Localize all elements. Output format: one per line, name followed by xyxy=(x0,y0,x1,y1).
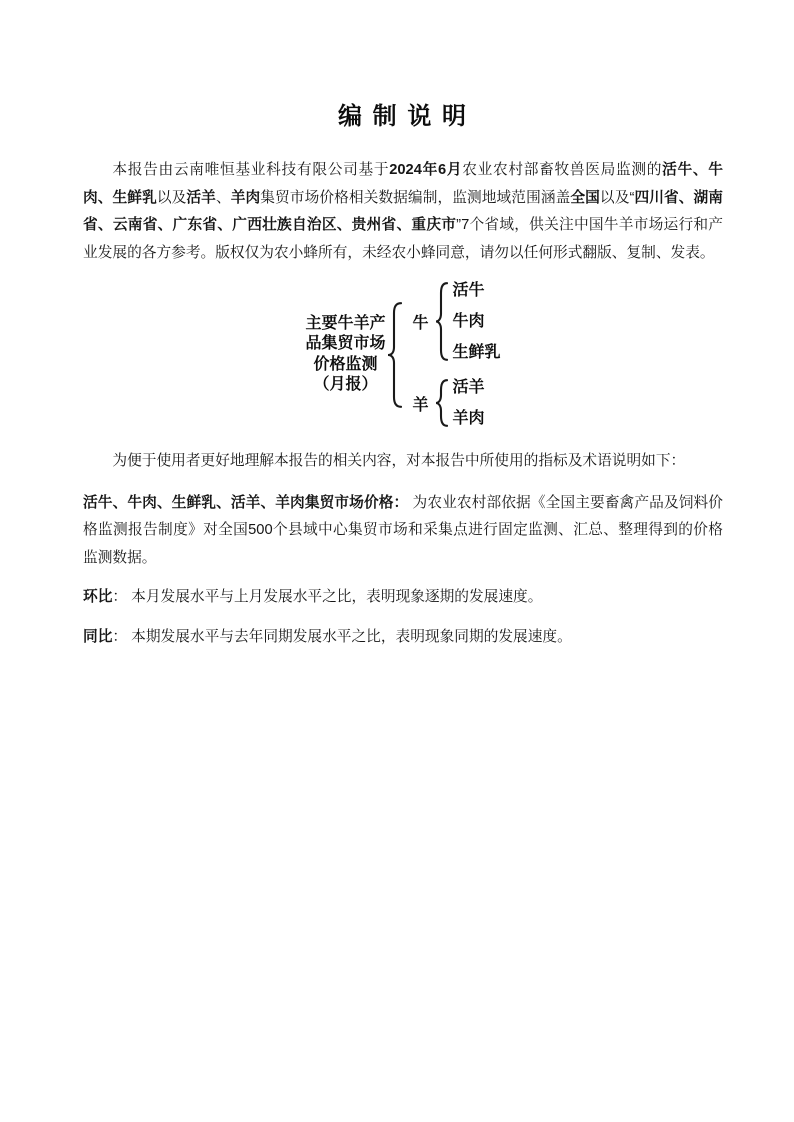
text-segment: 以及 xyxy=(157,190,187,206)
intro-paragraph: 本报告由云南唯恒基业科技有限公司基于2024年6月农业农村部畜牧兽医局监测的活牛… xyxy=(83,157,723,267)
diagram-root-label: 主要牛羊产品集贸市场价格监测（月报） xyxy=(305,314,385,396)
paragraph: 环比： 本月发展水平与上月发展水平之比，表明现象逐期的发展速度。 xyxy=(83,584,723,612)
diagram-root-line: （月报） xyxy=(305,375,385,396)
paragraph: 活牛、牛肉、生鲜乳、活羊、羊肉集贸市场价格： 为农业农村部依据《全国主要畜禽产品… xyxy=(83,490,723,573)
page-title: 编 制 说 明 xyxy=(83,101,723,133)
bold-text-segment: 环比 xyxy=(83,589,112,605)
diagram-groups: 牛活牛牛肉生鲜乳羊活羊羊肉 xyxy=(406,275,500,434)
bold-text-segment: 全国 xyxy=(570,190,600,206)
text-segment: 以及“ xyxy=(600,190,634,206)
leaf-label: 活羊 xyxy=(453,372,485,403)
bold-text-segment: 2024年6月 xyxy=(389,162,462,178)
leaf-label: 生鲜乳 xyxy=(453,337,501,368)
leaf-label: 活牛 xyxy=(453,275,501,306)
text-segment: ： 本月发展水平与上月发展水平之比，表明现象逐期的发展速度。 xyxy=(112,589,542,605)
document-page: 编 制 说 明 本报告由云南唯恒基业科技有限公司基于2024年6月农业农村部畜牧… xyxy=(0,0,794,1122)
group-leaves: 活牛牛肉生鲜乳 xyxy=(453,275,501,368)
livestock-group: 牛活牛牛肉生鲜乳 xyxy=(406,275,500,368)
bold-text-segment: 活羊 xyxy=(186,190,216,206)
bold-text-segment: 活牛、牛肉、生鲜乳、活羊、羊肉集贸市场价格： xyxy=(83,495,408,511)
bold-text-segment: 羊肉 xyxy=(231,190,261,206)
diagram-root-line: 品集贸市场 xyxy=(305,334,385,355)
text-segment: ： 本期发展水平与去年同期发展水平之比，表明现象同期的发展速度。 xyxy=(112,629,571,645)
leaf-label: 牛肉 xyxy=(453,306,501,337)
text-segment: 农业农村部畜牧兽医局监测的 xyxy=(462,162,662,178)
terms-section: 为便于使用者更好地理解本报告的相关内容，对本报告中所使用的指标及术语说明如下：活… xyxy=(83,448,723,651)
diagram-root-line: 价格监测 xyxy=(305,355,385,376)
text-segment: 、 xyxy=(216,190,231,206)
paragraph: 同比： 本期发展水平与去年同期发展水平之比，表明现象同期的发展速度。 xyxy=(83,624,723,652)
page-content: 编 制 说 明 本报告由云南唯恒基业科技有限公司基于2024年6月农业农村部畜牧… xyxy=(0,0,794,651)
text-segment: 为便于使用者更好地理解本报告的相关内容，对本报告中所使用的指标及术语说明如下： xyxy=(112,453,685,469)
paragraph: 为便于使用者更好地理解本报告的相关内容，对本报告中所使用的指标及术语说明如下： xyxy=(83,448,723,476)
group-brace-icon xyxy=(435,282,448,361)
group-label: 羊 xyxy=(412,392,428,415)
group-brace-icon xyxy=(435,379,448,427)
livestock-group: 羊活羊羊肉 xyxy=(406,372,500,434)
text-segment: 本报告由云南唯恒基业科技有限公司基于 xyxy=(112,162,389,178)
group-leaves: 活羊羊肉 xyxy=(453,372,485,434)
bold-text-segment: 同比 xyxy=(83,629,112,645)
text-segment: 集贸市场价格相关数据编制，监测地域范围涵盖 xyxy=(260,190,570,206)
big-brace-icon xyxy=(387,302,402,408)
diagram-root-line: 主要牛羊产 xyxy=(305,314,385,335)
price-monitoring-diagram: 主要牛羊产品集贸市场价格监测（月报）牛活牛牛肉生鲜乳羊活羊羊肉 xyxy=(83,275,723,434)
group-label: 牛 xyxy=(412,310,428,333)
leaf-label: 羊肉 xyxy=(453,403,485,434)
